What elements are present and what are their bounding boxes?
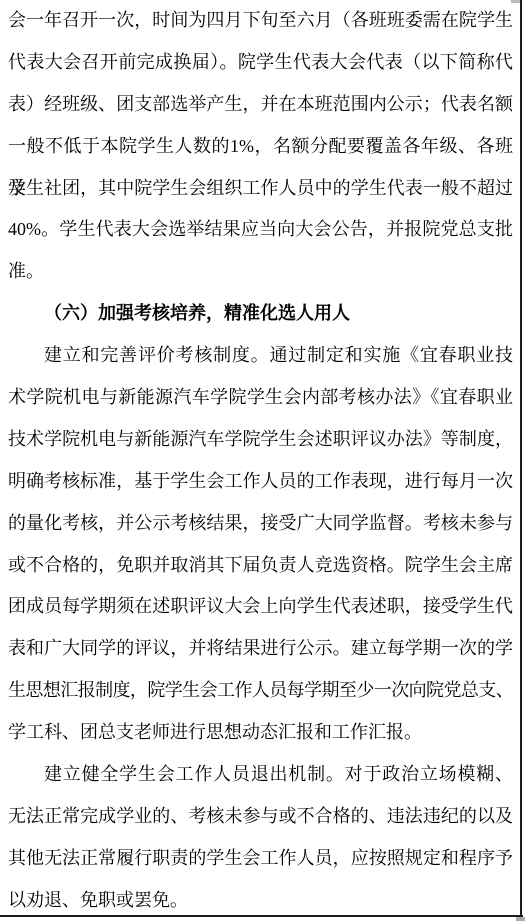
text-line: 学工科、团总支老师进行思想动态汇报和工作汇报。 <box>8 712 513 754</box>
text-line: 一般不低于本院学生人数的1%，名额分配要覆盖各年级、各班及 <box>8 126 513 168</box>
text-line: 技术学院机电与新能源汽车学院学生会述职评议办法》等制度， <box>8 419 513 461</box>
text-line: 其他无法正常履行职责的学生会工作人员，应按照规定和程序予 <box>8 838 513 880</box>
page-border-right <box>520 0 522 917</box>
text-line: 学生社团，其中院学生会组织工作人员中的学生代表一般不超过 <box>8 168 513 210</box>
text-line: 准。 <box>8 251 513 293</box>
scan-artifact-top-right <box>511 0 520 3</box>
text-line: 生思想汇报制度，院学生会工作人员每学期至少一次向院党总支、 <box>8 670 513 712</box>
section-heading: （六）加强考核培养，精准化选人用人 <box>8 293 513 335</box>
scan-artifact-bottom-right <box>516 917 525 921</box>
text-line: 团成员每学期须在述职评议大会上向学生代表述职，接受学生代 <box>8 586 513 628</box>
text-line: 或不合格的，免职并取消其下届负责人竞选资格。院学生会主席 <box>8 545 513 587</box>
document-text: 会一年召开一次，时间为四月下旬至六月（各班班委需在院学生 代表大会召开前完成换届… <box>8 0 513 922</box>
page-border-bottom <box>0 915 523 917</box>
text-line: 会一年召开一次，时间为四月下旬至六月（各班班委需在院学生 <box>8 0 513 42</box>
text-line: 表）经班级、团支部选举产生，并在本班范围内公示；代表名额 <box>8 84 513 126</box>
text-line: 无法正常完成学业的、考核未参与或不合格的、违法违纪的以及 <box>8 796 513 838</box>
text-line: 的量化考核，并公示考核结果，接受广大同学监督。考核未参与 <box>8 503 513 545</box>
text-line: 明确考核标准，基于学生会工作人员的工作表现，进行每月一次 <box>8 461 513 503</box>
document-page: 会一年召开一次，时间为四月下旬至六月（各班班委需在院学生 代表大会召开前完成换届… <box>0 0 527 923</box>
text-line: 建立和完善评价考核制度。通过制定和实施《宜春职业技 <box>8 335 513 377</box>
text-line: 建立健全学生会工作人员退出机制。对于政治立场模糊、 <box>8 754 513 796</box>
text-line: 表和广大同学的评议，并将结果进行公示。建立每学期一次的学 <box>8 628 513 670</box>
text-line: 代表大会召开前完成换届）。院学生代表大会代表（以下简称代 <box>8 42 513 84</box>
text-line: 40%。学生代表大会选举结果应当向大会公告，并报院党总支批 <box>8 209 513 251</box>
text-line: 术学院机电与新能源汽车学院学生会内部考核办法》《宜春职业 <box>8 377 513 419</box>
